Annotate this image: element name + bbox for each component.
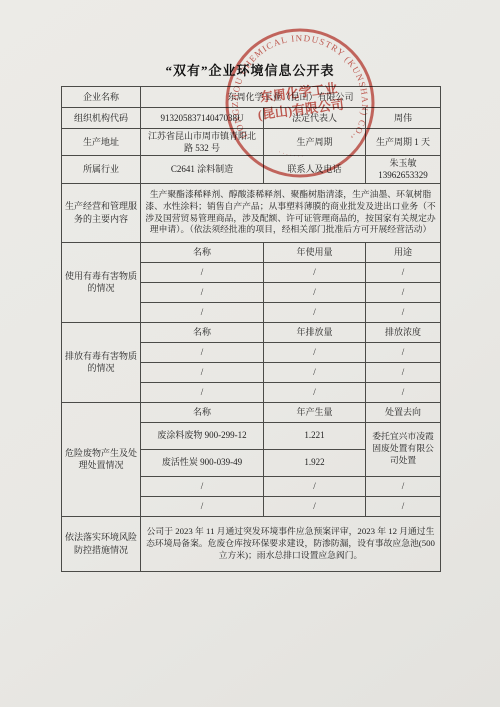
- legal-rep-value: 周伟: [366, 108, 441, 129]
- legal-rep-label: 法定代表人: [264, 108, 366, 129]
- contact-label: 联系人及电话: [264, 156, 366, 183]
- toxic-use-cell: /: [366, 302, 441, 322]
- environment-disclosure-table: 企业名称 东周化学工业（昆山）有限公司 组织机构代码 9132058371404…: [61, 86, 441, 572]
- hazardous-waste-amount: 1.922: [264, 449, 366, 476]
- hazardous-waste-name: 废涂料废物 900-299-12: [141, 422, 264, 449]
- toxic-discharge-cell: /: [141, 342, 264, 362]
- toxic-discharge-header-conc: 排放浓度: [366, 322, 441, 342]
- address-label: 生产地址: [62, 129, 141, 156]
- toxic-use-cell: /: [366, 262, 441, 282]
- hazardous-waste-header-name: 名称: [141, 402, 264, 422]
- toxic-use-cell: /: [141, 262, 264, 282]
- toxic-use-cell: /: [264, 282, 366, 302]
- toxic-use-cell: /: [141, 282, 264, 302]
- toxic-discharge-cell: /: [366, 362, 441, 382]
- company-name-label: 企业名称: [62, 87, 141, 108]
- toxic-use-label: 使用有毒有害物质的情况: [62, 242, 141, 322]
- toxic-discharge-cell: /: [366, 342, 441, 362]
- table-row: 所属行业 C2641 涂料制造 联系人及电话 朱玉敏 13962653329: [62, 156, 441, 183]
- table-row: 排放有毒有害物质的情况 名称 年排放量 排放浓度: [62, 322, 441, 342]
- scanned-document-page: “双有”企业环境信息公开表 企业名称 东周化学工业（昆山）有限公司 组织机构代码…: [0, 0, 500, 707]
- business-scope-label: 生产经营和管理服务的主要内容: [62, 183, 141, 242]
- hazardous-waste-disposal: 委托宜兴市凌霞固废处置有限公司处置: [366, 422, 441, 476]
- hazardous-waste-header-amount: 年产生量: [264, 402, 366, 422]
- org-code-value: 91320583714047038U: [141, 108, 264, 129]
- table-row: 生产地址 江苏省昆山市周市镇青阳北路 532 号 生产周期 生产周期 1 天: [62, 129, 441, 156]
- risk-control-label: 依法落实环境风险防控措施情况: [62, 516, 141, 571]
- company-name-value: 东周化学工业（昆山）有限公司: [141, 87, 441, 108]
- toxic-discharge-header-amount: 年排放量: [264, 322, 366, 342]
- hazardous-waste-amount: /: [264, 496, 366, 516]
- business-scope-content: 生产聚酯漆稀释剂、醇酸漆稀释剂、聚酯树脂清漆，生产油墨、环氧树脂漆、水性涂料；销…: [141, 183, 441, 242]
- toxic-use-cell: /: [141, 302, 264, 322]
- toxic-discharge-cell: /: [366, 382, 441, 402]
- table-row: 使用有毒有害物质的情况 名称 年使用量 用途: [62, 242, 441, 262]
- toxic-use-cell: /: [264, 262, 366, 282]
- toxic-use-cell: /: [366, 282, 441, 302]
- toxic-use-header-amount: 年使用量: [264, 242, 366, 262]
- table-row: 组织机构代码 91320583714047038U 法定代表人 周伟: [62, 108, 441, 129]
- table-row: 生产经营和管理服务的主要内容 生产聚酯漆稀释剂、醇酸漆稀释剂、聚酯树脂清漆，生产…: [62, 183, 441, 242]
- toxic-discharge-header-name: 名称: [141, 322, 264, 342]
- contact-value: 朱玉敏 13962653329: [366, 156, 441, 183]
- toxic-use-cell: /: [264, 302, 366, 322]
- hazardous-waste-label: 危险废物产生及处理处置情况: [62, 402, 141, 516]
- industry-value: C2641 涂料制造: [141, 156, 264, 183]
- hazardous-waste-header-disposal: 处置去向: [366, 402, 441, 422]
- table-row: 企业名称 东周化学工业（昆山）有限公司: [62, 87, 441, 108]
- industry-label: 所属行业: [62, 156, 141, 183]
- org-code-label: 组织机构代码: [62, 108, 141, 129]
- toxic-use-header-purpose: 用途: [366, 242, 441, 262]
- toxic-discharge-cell: /: [264, 342, 366, 362]
- hazardous-waste-disposal: /: [366, 476, 441, 496]
- toxic-discharge-cell: /: [141, 362, 264, 382]
- toxic-discharge-cell: /: [141, 382, 264, 402]
- toxic-discharge-cell: /: [264, 362, 366, 382]
- toxic-discharge-label: 排放有毒有害物质的情况: [62, 322, 141, 402]
- document-title: “双有”企业环境信息公开表: [0, 60, 500, 79]
- hazardous-waste-name: 废活性炭 900-039-49: [141, 449, 264, 476]
- cycle-label: 生产周期: [264, 129, 366, 156]
- table-row: 依法落实环境风险防控措施情况 公司于 2023 年 11 月通过突发环境事件应急…: [62, 516, 441, 571]
- hazardous-waste-disposal: /: [366, 496, 441, 516]
- cycle-value: 生产周期 1 天: [366, 129, 441, 156]
- toxic-discharge-cell: /: [264, 382, 366, 402]
- hazardous-waste-name: /: [141, 476, 264, 496]
- risk-control-content: 公司于 2023 年 11 月通过突发环境事件应急预案评审，2023 年 12 …: [141, 516, 441, 571]
- table-row: 危险废物产生及处理处置情况 名称 年产生量 处置去向: [62, 402, 441, 422]
- address-value: 江苏省昆山市周市镇青阳北路 532 号: [141, 129, 264, 156]
- hazardous-waste-name: /: [141, 496, 264, 516]
- hazardous-waste-amount: 1.221: [264, 422, 366, 449]
- hazardous-waste-amount: /: [264, 476, 366, 496]
- toxic-use-header-name: 名称: [141, 242, 264, 262]
